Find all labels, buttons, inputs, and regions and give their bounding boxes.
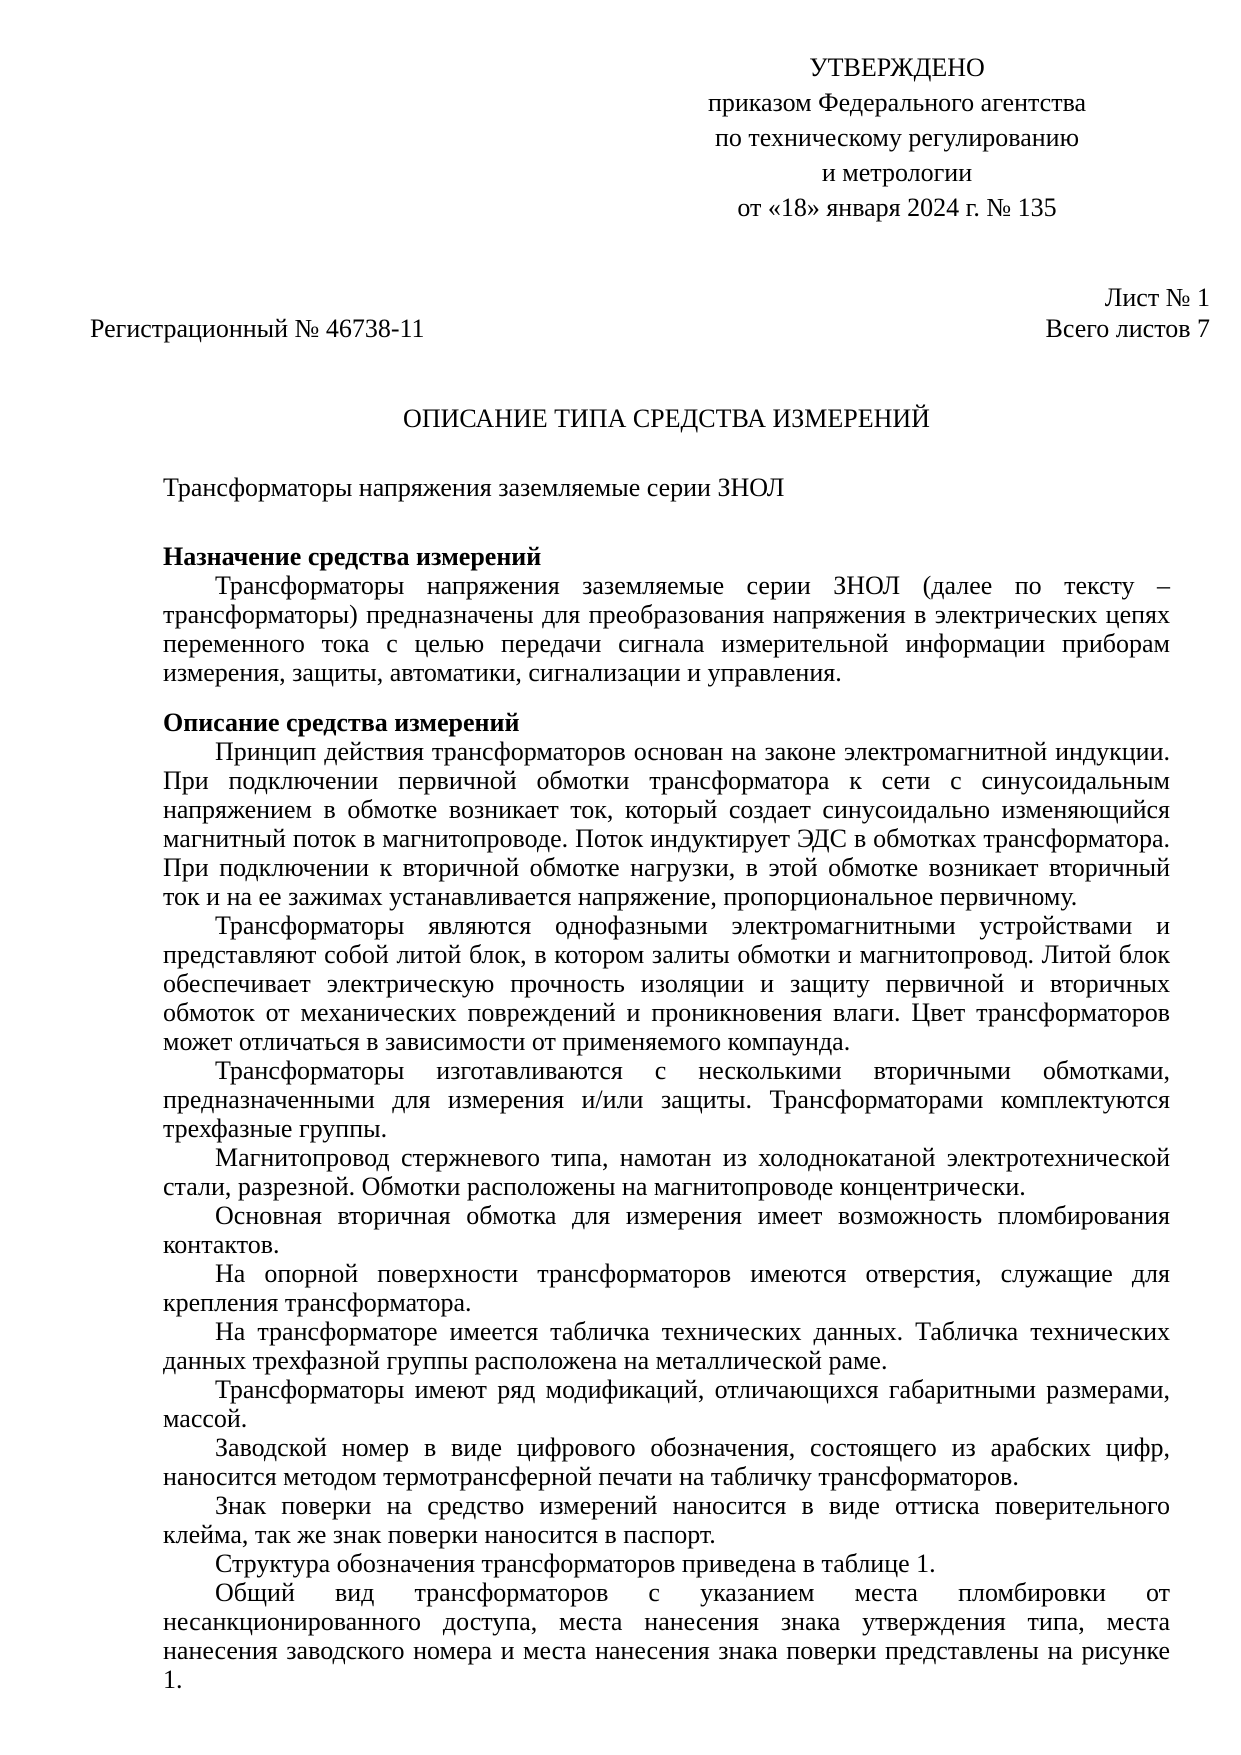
paragraph: Принцип действия трансформаторов основан…	[163, 737, 1170, 911]
paragraph: Знак поверки на средство измерений нанос…	[163, 1491, 1170, 1549]
approval-block: УТВЕРЖДЕНО приказом Федерального агентст…	[600, 50, 1194, 225]
approval-line: по техническому регулированию	[600, 120, 1194, 155]
approval-line: от «18» января 2024 г. № 135	[600, 190, 1194, 225]
approval-line: приказом Федерального агентства	[600, 85, 1194, 120]
document-subtitle: Трансформаторы напряжения заземляемые се…	[163, 473, 1170, 502]
document-content: ОПИСАНИЕ ТИПА СРЕДСТВА ИЗМЕРЕНИЙ Трансфо…	[163, 404, 1170, 1694]
paragraph: Структура обозначения трансформаторов пр…	[163, 1549, 1170, 1578]
paragraph: Трансформаторы имеют ряд модификаций, от…	[163, 1375, 1170, 1433]
total-sheets: Всего листов 7	[1046, 313, 1210, 344]
paragraph: Трансформаторы являются однофазными элек…	[163, 911, 1170, 1056]
document-title: ОПИСАНИЕ ТИПА СРЕДСТВА ИЗМЕРЕНИЙ	[163, 404, 1170, 433]
meta-block: Лист № 1 Регистрационный № 46738-11 Всег…	[90, 282, 1210, 344]
section-heading-purpose: Назначение средства измерений	[163, 542, 1170, 571]
paragraph: На опорной поверхности трансформаторов и…	[163, 1259, 1170, 1317]
registration-number: Регистрационный № 46738-11	[90, 313, 425, 344]
paragraph: Магнитопровод стержневого типа, намотан …	[163, 1143, 1170, 1201]
paragraph: На трансформаторе имеется табличка техни…	[163, 1317, 1170, 1375]
approval-line: УТВЕРЖДЕНО	[600, 50, 1194, 85]
paragraph: Общий вид трансформаторов с указанием ме…	[163, 1578, 1170, 1694]
approval-line: и метрологии	[600, 155, 1194, 190]
paragraph: Трансформаторы изготавливаются с несколь…	[163, 1056, 1170, 1143]
paragraph: Основная вторичная обмотка для измерения…	[163, 1201, 1170, 1259]
document-page: УТВЕРЖДЕНО приказом Федерального агентст…	[0, 0, 1241, 1755]
paragraph: Заводской номер в виде цифрового обознач…	[163, 1433, 1170, 1491]
paragraph: Трансформаторы напряжения заземляемые се…	[163, 571, 1170, 687]
section-heading-description: Описание средства измерений	[163, 708, 1170, 737]
sheet-number: Лист № 1	[90, 282, 1210, 313]
